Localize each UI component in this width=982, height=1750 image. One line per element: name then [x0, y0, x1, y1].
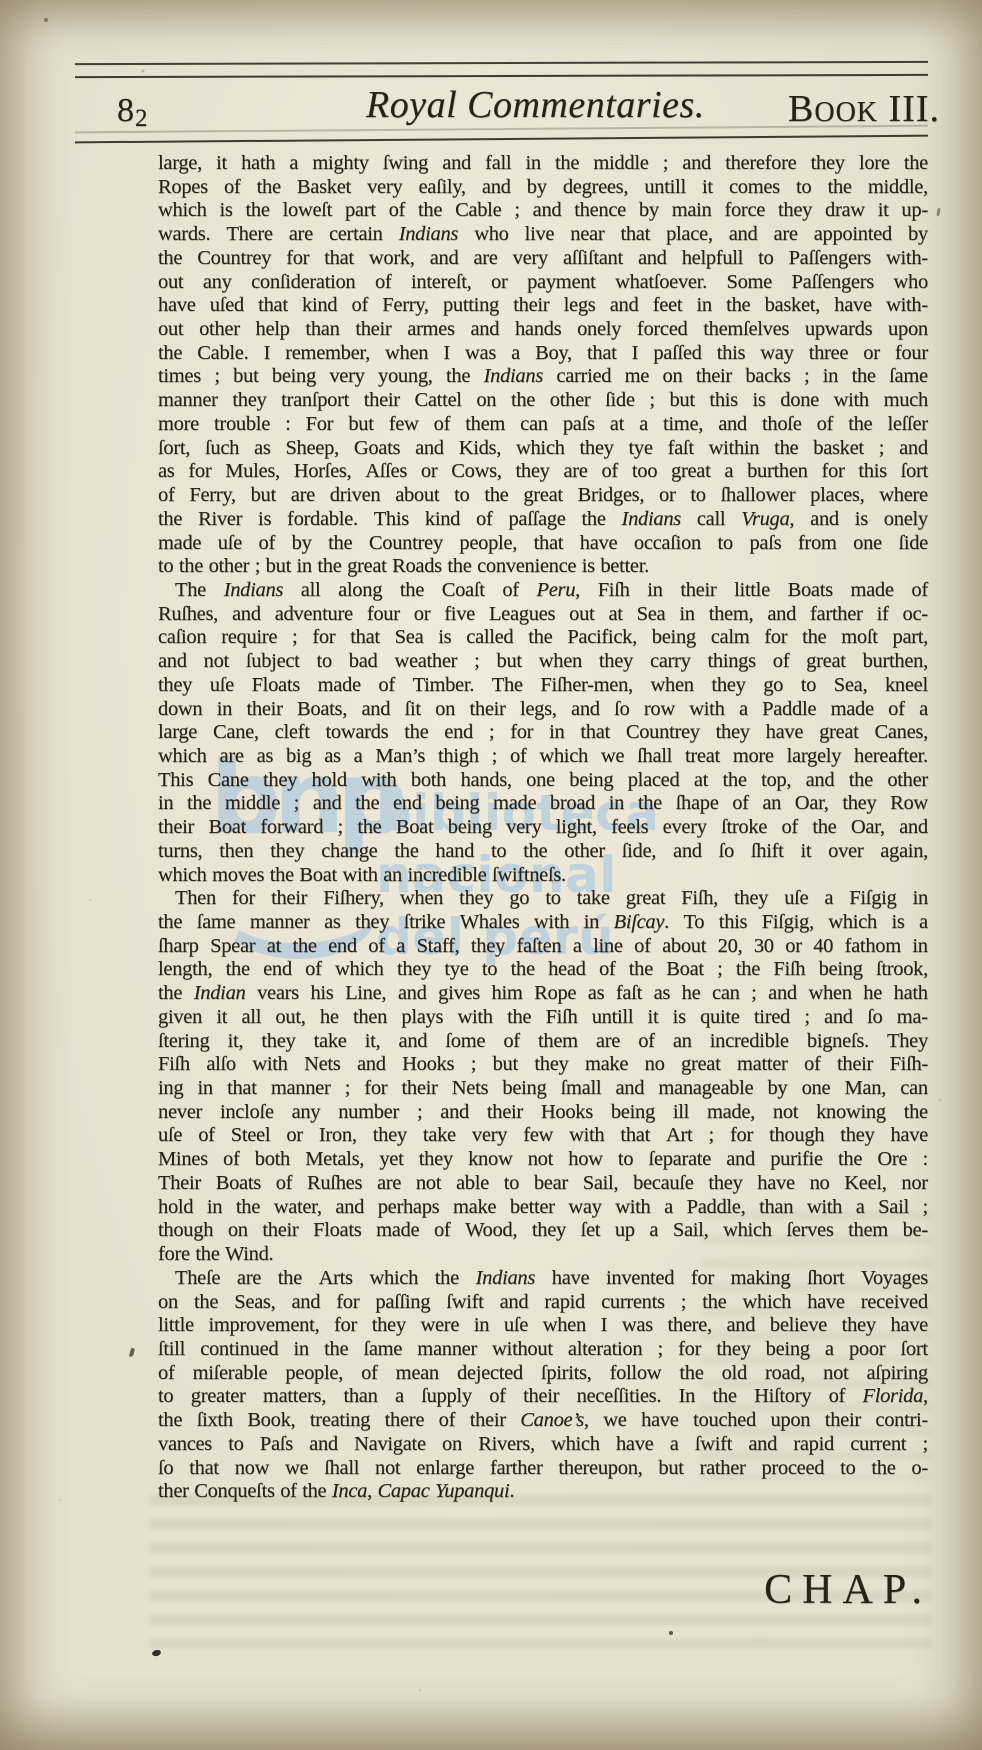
text-line: ſteringit,theytakeit,andſomeofthemareofa…	[158, 1030, 928, 1054]
text-line: TheIndiansallalongtheCoaſtofPeru,Fiſhint…	[158, 579, 928, 603]
text-line: mannertheytranſporttheirCattelontheother…	[158, 389, 928, 413]
book-page-scan: bnp biblioteca nacional del perú 82 Roya…	[0, 0, 982, 1750]
text-line: togreatermatters,thanaſupplyoftheirneceſ…	[158, 1385, 928, 1409]
text-line: whichistheloweſtpartoftheCable;andthence…	[158, 199, 928, 223]
book-label-initial: B	[788, 88, 814, 130]
text-line: wards.TherearecertainIndianswholiveneart…	[158, 223, 928, 247]
text-line: length,theendofwhichtheytyetotheheadofth…	[158, 958, 928, 982]
text-line: theRiverisfordable.ThiskindofpaſſagetheI…	[158, 508, 928, 532]
text-line: inginthatmanner;fortheirNetsbeingſmallan…	[158, 1077, 928, 1101]
text-line: givenitallout,hethenplayswiththeFiſhunti…	[158, 1006, 928, 1030]
text-line: neverincloſeanynumber;andtheirHooksbeing…	[158, 1101, 928, 1125]
ink-speck	[129, 1348, 135, 1358]
text-line: turns,thentheychangethehandtotheotherſid…	[158, 840, 928, 864]
text-line: holdinthewater,andperhapsmakebetterwaywi…	[158, 1196, 928, 1220]
text-line: FiſhalſowithNetsandHooks;buttheymakenogr…	[158, 1053, 928, 1077]
text-line: whichareasbigasaMan’sthigh;ofwhichweſhal…	[158, 745, 928, 769]
text-line: ontheSeas,andforpaſſingſwiftandrapidcurr…	[158, 1291, 928, 1315]
text-line: vancestoPaſsandNavigateonRivers,whichhav…	[158, 1433, 928, 1457]
paragraph: TheſearetheArtswhichtheIndianshaveinvent…	[158, 1267, 928, 1504]
text-line: ſharpSpearattheendofaStaff,theyfaſtenali…	[158, 935, 928, 959]
text-line: littleimprovement,fortheywereinuſewhenIw…	[158, 1314, 928, 1338]
paragraph: TheIndiansallalongtheCoaſtofPeru,Fiſhint…	[158, 579, 928, 887]
top-double-rule-lower	[75, 74, 928, 78]
text-line: outanyconſiderationofintereſt,orpaymentw…	[158, 271, 928, 295]
text-line: large,ithathamightyſwingandfallinthemidd…	[158, 152, 928, 176]
text-line: outotherhelpthantheirarmesandhandsonelyf…	[158, 318, 928, 342]
paragraph: large,ithathamightyſwingandfallinthemidd…	[158, 152, 928, 579]
text-line: ofmiſerablepeople,ofmeandejectedſpirits,…	[158, 1362, 928, 1386]
text-line: theCountreyforthatwork,andareveryaſſiſta…	[158, 247, 928, 271]
text-line: TheſearetheArtswhichtheIndianshaveinvent…	[158, 1267, 928, 1291]
text-line: downintheirBoats,andſitontheirlegs,andſo…	[158, 698, 928, 722]
text-line: inthemiddle;andtheendbeingmadebroadinthe…	[158, 792, 928, 816]
page-number-small-digit: 2	[135, 105, 148, 132]
text-line: ſort,ſuchasSheep,GoatsandKids,whichtheyt…	[158, 437, 928, 461]
text-line: ſtillcontinuedintheſamemannerwithoutalte…	[158, 1338, 928, 1362]
running-title: Royal Commentaries.	[366, 83, 705, 127]
text-line: RopesoftheBasketveryeaſily,andbydegrees,…	[158, 176, 928, 200]
page-body-text: large,ithathamightyſwingandfallinthemidd…	[158, 152, 928, 1504]
text-line: thoughontheirFloatsmadeofWood,theyſetupa…	[158, 1219, 928, 1243]
text-line: ThenfortheirFiſhery,whentheygototakegrea…	[158, 887, 928, 911]
text-line: therConqueſtsoftheInca,CapacYupanqui.	[158, 1480, 928, 1504]
text-line: foretheWind.	[158, 1243, 928, 1267]
text-line: TheirBoatsofRuſhesarenotabletobearSail,b…	[158, 1172, 928, 1196]
book-label-smallcaps: ook	[814, 97, 878, 128]
header-rule	[75, 135, 928, 144]
text-line: times;butbeingveryyoung,theIndianscarrie…	[158, 365, 928, 389]
ink-speck	[936, 208, 940, 216]
text-line: ofFerry,butaredrivenabouttothegreatBridg…	[158, 484, 928, 508]
book-label-numeral: III.	[878, 88, 940, 130]
text-line: ThisCanetheyholdwithbothhands,onebeingpl…	[158, 769, 928, 793]
page-number: 82	[117, 92, 147, 130]
text-line: theſixthBook,treatingthereoftheirCanoe’s…	[158, 1409, 928, 1433]
top-double-rule-upper	[75, 61, 928, 66]
ink-speck	[44, 18, 48, 22]
text-line: uſeofSteelorIron,theytakeveryfewwiththat…	[158, 1124, 928, 1148]
text-line: theyuſeFloatsmadeofTimber.TheFiſher-men,…	[158, 674, 928, 698]
text-line: madeuſeofbytheCountreypeople,thathaveocc…	[158, 532, 928, 556]
text-line: asforMules,Horſes,AſſesorCows,theyareoft…	[158, 460, 928, 484]
text-line: theIndianvearshisLine,andgiveshimRopeasf…	[158, 982, 928, 1006]
ink-speck	[669, 1631, 673, 1635]
text-line: caſionrequire;forthatSeaiscalledthePacif…	[158, 626, 928, 650]
text-line: Ruſhes,andadventurefourorfiveLeaguesouta…	[158, 603, 928, 627]
text-line: theCable.Iremember,whenIwasaBoy,thatIpaſ…	[158, 342, 928, 366]
text-line: largeCane,clefttowardstheend;forinthatCo…	[158, 721, 928, 745]
ink-blot	[151, 1649, 161, 1657]
catchword: CHAP.	[764, 1566, 932, 1614]
paragraph: ThenfortheirFiſhery,whentheygototakegrea…	[158, 887, 928, 1267]
text-line: theſamemannerastheyſtrikeWhaleswithinBiſ…	[158, 911, 928, 935]
text-line: whichmovestheBoatwithanincredibleſwiftne…	[158, 864, 928, 888]
text-line: ſothatnowweſhallnotenlargefartherthereup…	[158, 1457, 928, 1481]
text-line: haveuſedthatkindofFerry,puttingtheirlegs…	[158, 294, 928, 318]
text-line: totheother;butinthegreatRoadstheconvenie…	[158, 555, 928, 579]
text-line: theirBoatforward;theBoatbeingverylight,f…	[158, 816, 928, 840]
text-line: moretrouble:Forbutfewofthemcanpaſsatatim…	[158, 413, 928, 437]
text-line: andnotſubjecttobadweather;butwhentheycar…	[158, 650, 928, 674]
page-number-main: 8	[117, 92, 134, 129]
text-line: MinesofbothMetals,yettheyknownothowtoſep…	[158, 1148, 928, 1172]
